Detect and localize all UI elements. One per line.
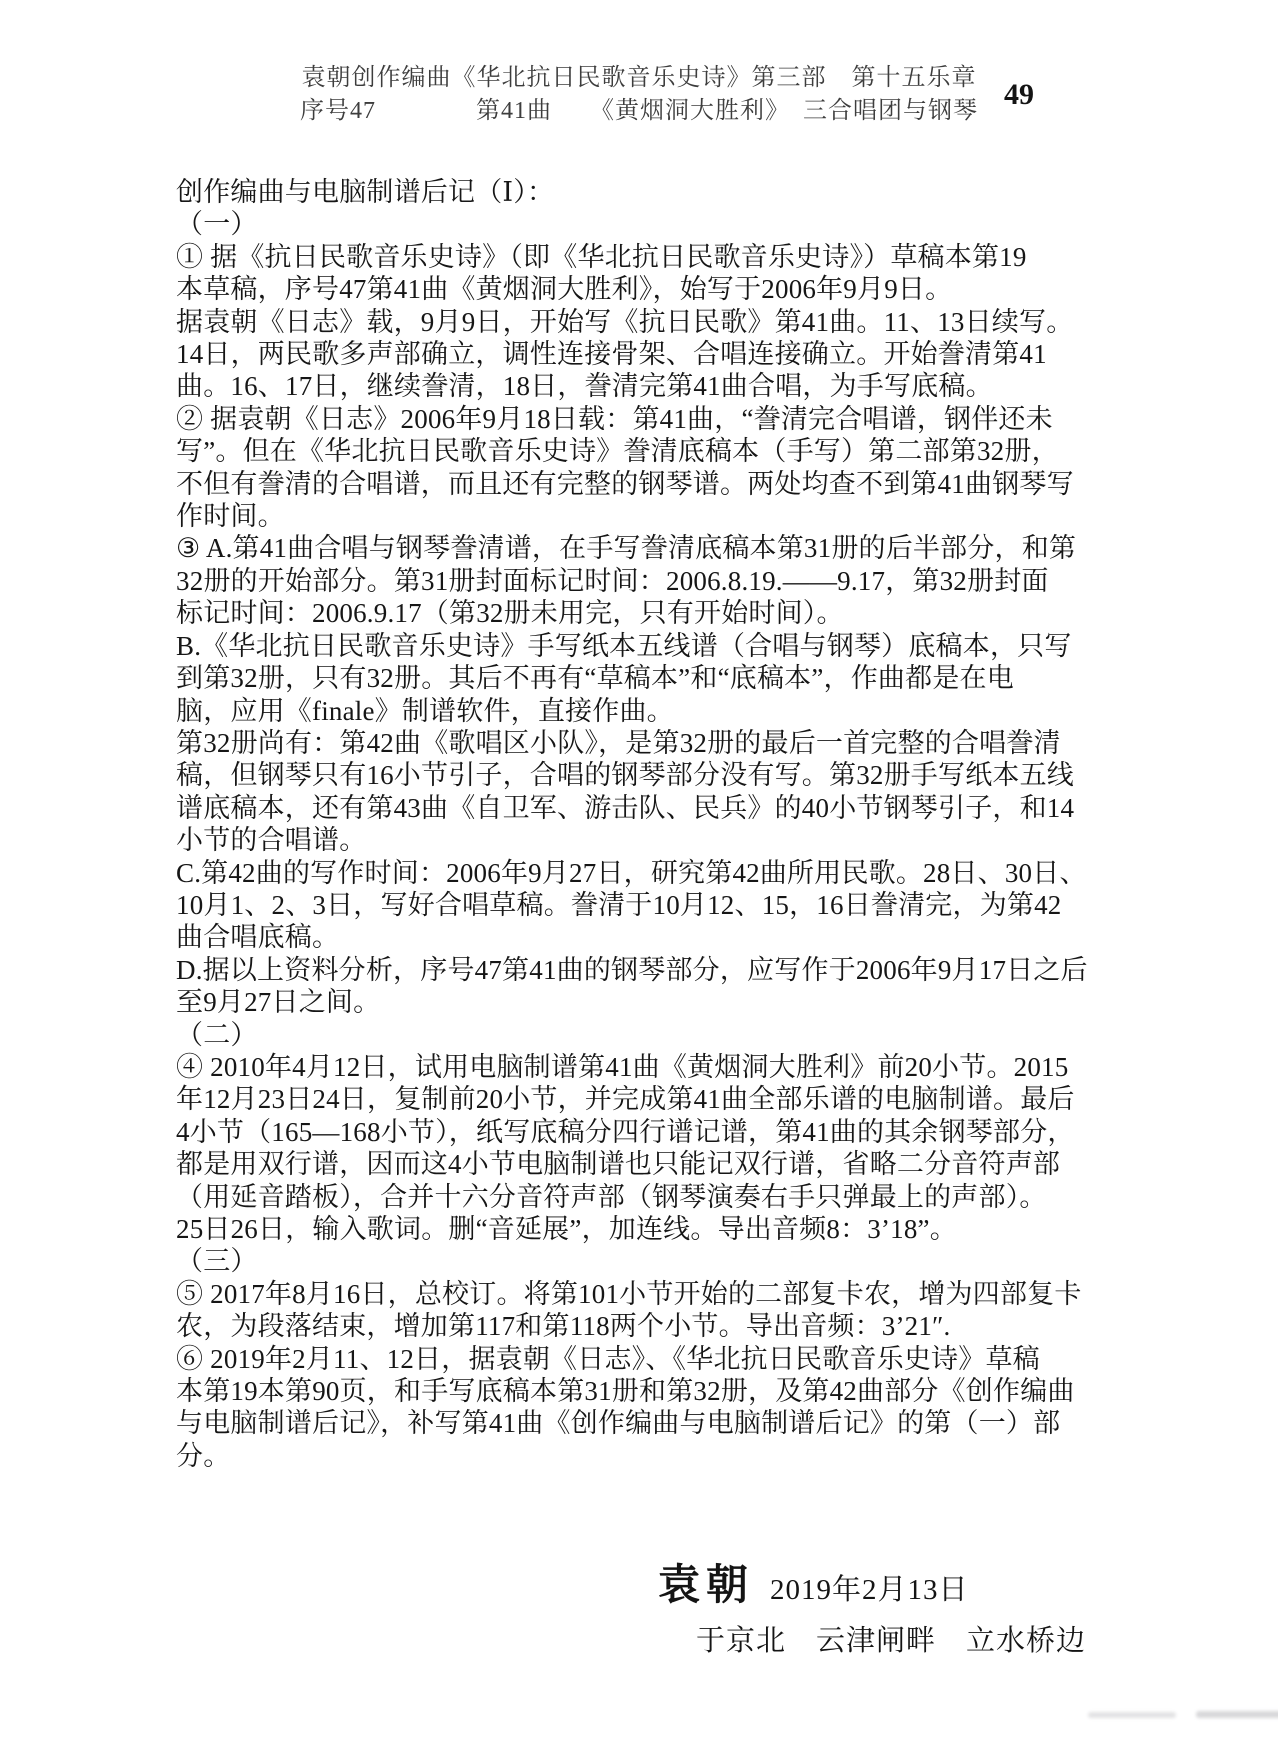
watermark-smudge — [1196, 1711, 1278, 1718]
text-line: 小节的合唱谱。 — [176, 824, 1036, 856]
page-header: 袁朝创作编曲《华北抗日民歌音乐史诗》第三部 第十五乐章 序号47 第41曲 《黄… — [0, 62, 1278, 128]
text-line: 到第32册，只有32册。其后不再有“草稿本”和“底稿本”，作曲都是在电 — [176, 662, 1036, 694]
text-line: 不但有誊清的合唱谱，而且还有完整的钢琴谱。两处均查不到第41曲钢琴写 — [176, 468, 1036, 500]
signature-block: 袁朝 2019年2月13日 于京北 云津闸畔 立水桥边 — [658, 1552, 1086, 1659]
header-line-2: 序号47 第41曲 《黄烟洞大胜利》 三合唱团与钢琴 — [0, 95, 1278, 128]
text-line: 与电脑制谱后记》，补写第41曲《创作编曲与电脑制谱后记》的第（一）部 — [176, 1407, 1036, 1439]
text-line: 标记时间：2006.9.17（第32册未用完，只有开始时间）。 — [176, 597, 1036, 629]
text-line: B.《华北抗日民歌音乐史诗》手写纸本五线谱（合唱与钢琴）底稿本，只写 — [176, 630, 1036, 662]
text-line: 都是用双行谱，因而这4小节电脑制谱也只能记双行谱，省略二分音符声部 — [176, 1148, 1036, 1180]
text-line: 作时间。 — [176, 500, 1036, 532]
text-line: 年12月23日24日，复制前20小节，并完成第41曲全部乐谱的电脑制谱。最后 — [176, 1083, 1036, 1115]
page-number: 49 — [1004, 78, 1034, 112]
text-line: C.第42曲的写作时间：2006年9月27日，研究第42曲所用民歌。28日、30… — [176, 857, 1036, 889]
text-line: 曲合唱底稿。 — [176, 921, 1036, 953]
text-line: 据袁朝《日志》载，9月9日，开始写《抗日民歌》第41曲。11、13日续写。 — [176, 306, 1036, 338]
text-line: 写”。但在《华北抗日民歌音乐史诗》誊清底稿本（手写）第二部第32册， — [176, 435, 1036, 467]
text-line: 第32册尚有：第42曲《歌唱区小队》，是第32册的最后一首完整的合唱誊清 — [176, 727, 1036, 759]
document-body: 创作编曲与电脑制谱后记（Ⅰ）：（一）① 据《抗日民歌音乐史诗》（即《华北抗日民歌… — [176, 176, 1036, 1472]
text-line: 至9月27日之间。 — [176, 986, 1036, 1018]
text-line: ④ 2010年4月12日，试用电脑制谱第41曲《黄烟洞大胜利》前20小节。201… — [176, 1051, 1036, 1083]
text-line: （一） — [176, 208, 1036, 240]
document-page: 袁朝创作编曲《华北抗日民歌音乐史诗》第三部 第十五乐章 序号47 第41曲 《黄… — [0, 0, 1278, 1757]
text-line: ③ A.第41曲合唱与钢琴誊清谱，在手写誊清底稿本第31册的后半部分，和第 — [176, 532, 1036, 564]
text-line: 曲。16、17日，继续誊清，18日，誊清完第41曲合唱，为手写底稿。 — [176, 370, 1036, 402]
text-line: 本第19本第90页，和手写底稿本第31册和第32册，及第42曲部分《创作编曲 — [176, 1375, 1036, 1407]
text-line: （三） — [176, 1245, 1036, 1277]
text-line: 谱底稿本，还有第43曲《自卫军、游击队、民兵》的40小节钢琴引子，和14 — [176, 792, 1036, 824]
text-line: ① 据《抗日民歌音乐史诗》（即《华北抗日民歌音乐史诗》）草稿本第19 — [176, 241, 1036, 273]
text-line: 稿，但钢琴只有16小节引子，合唱的钢琴部分没有写。第32册手写纸本五线 — [176, 759, 1036, 791]
text-line: 创作编曲与电脑制谱后记（Ⅰ）： — [176, 176, 1036, 208]
text-line: 10月1、2、3日，写好合唱草稿。誊清于10月12、15，16日誊清完，为第42 — [176, 889, 1036, 921]
text-line: （用延音踏板），合并十六分音符声部（钢琴演奏右手只弹最上的声部）。 — [176, 1181, 1036, 1213]
text-line: 脑，应用《finale》制谱软件，直接作曲。 — [176, 695, 1036, 727]
text-line: 本草稿，序号47第41曲《黄烟洞大胜利》，始写于2006年9月9日。 — [176, 273, 1036, 305]
text-line: 32册的开始部分。第31册封面标记时间：2006.8.19.——9.17，第32… — [176, 565, 1036, 597]
signature-location: 于京北 云津闸畔 立水桥边 — [696, 1618, 1086, 1659]
header-line-1: 袁朝创作编曲《华北抗日民歌音乐史诗》第三部 第十五乐章 — [0, 62, 1278, 95]
text-line: 25日26日，输入歌词。删“音延展”，加连线。导出音频8：3’18”。 — [176, 1213, 1036, 1245]
text-line: ② 据袁朝《日志》2006年9月18日载：第41曲，“誊清完合唱谱，钢伴还未 — [176, 403, 1036, 435]
text-line: 分。 — [176, 1440, 1036, 1472]
text-line: 4小节（165—168小节），纸写底稿分四行谱记谱，第41曲的其余钢琴部分， — [176, 1116, 1036, 1148]
text-line: 14日，两民歌多声部确立，调性连接骨架、合唱连接确立。开始誊清第41 — [176, 338, 1036, 370]
signature-row: 袁朝 2019年2月13日 — [658, 1552, 1086, 1612]
author-name: 袁朝 — [658, 1552, 754, 1612]
text-line: ⑥ 2019年2月11、12日，据袁朝《日志》、《华北抗日民歌音乐史诗》草稿 — [176, 1343, 1036, 1375]
text-line: D.据以上资料分析，序号47第41曲的钢琴部分，应写作于2006年9月17日之后 — [176, 954, 1036, 986]
text-line: ⑤ 2017年8月16日，总校订。将第101小节开始的二部复卡农，增为四部复卡 — [176, 1278, 1036, 1310]
signature-date: 2019年2月13日 — [770, 1567, 969, 1608]
text-line: 农，为段落结束，增加第117和第118两个小节。导出音频：3’21″. — [176, 1310, 1036, 1342]
watermark-smudge — [1088, 1712, 1176, 1718]
text-line: （二） — [176, 1019, 1036, 1051]
